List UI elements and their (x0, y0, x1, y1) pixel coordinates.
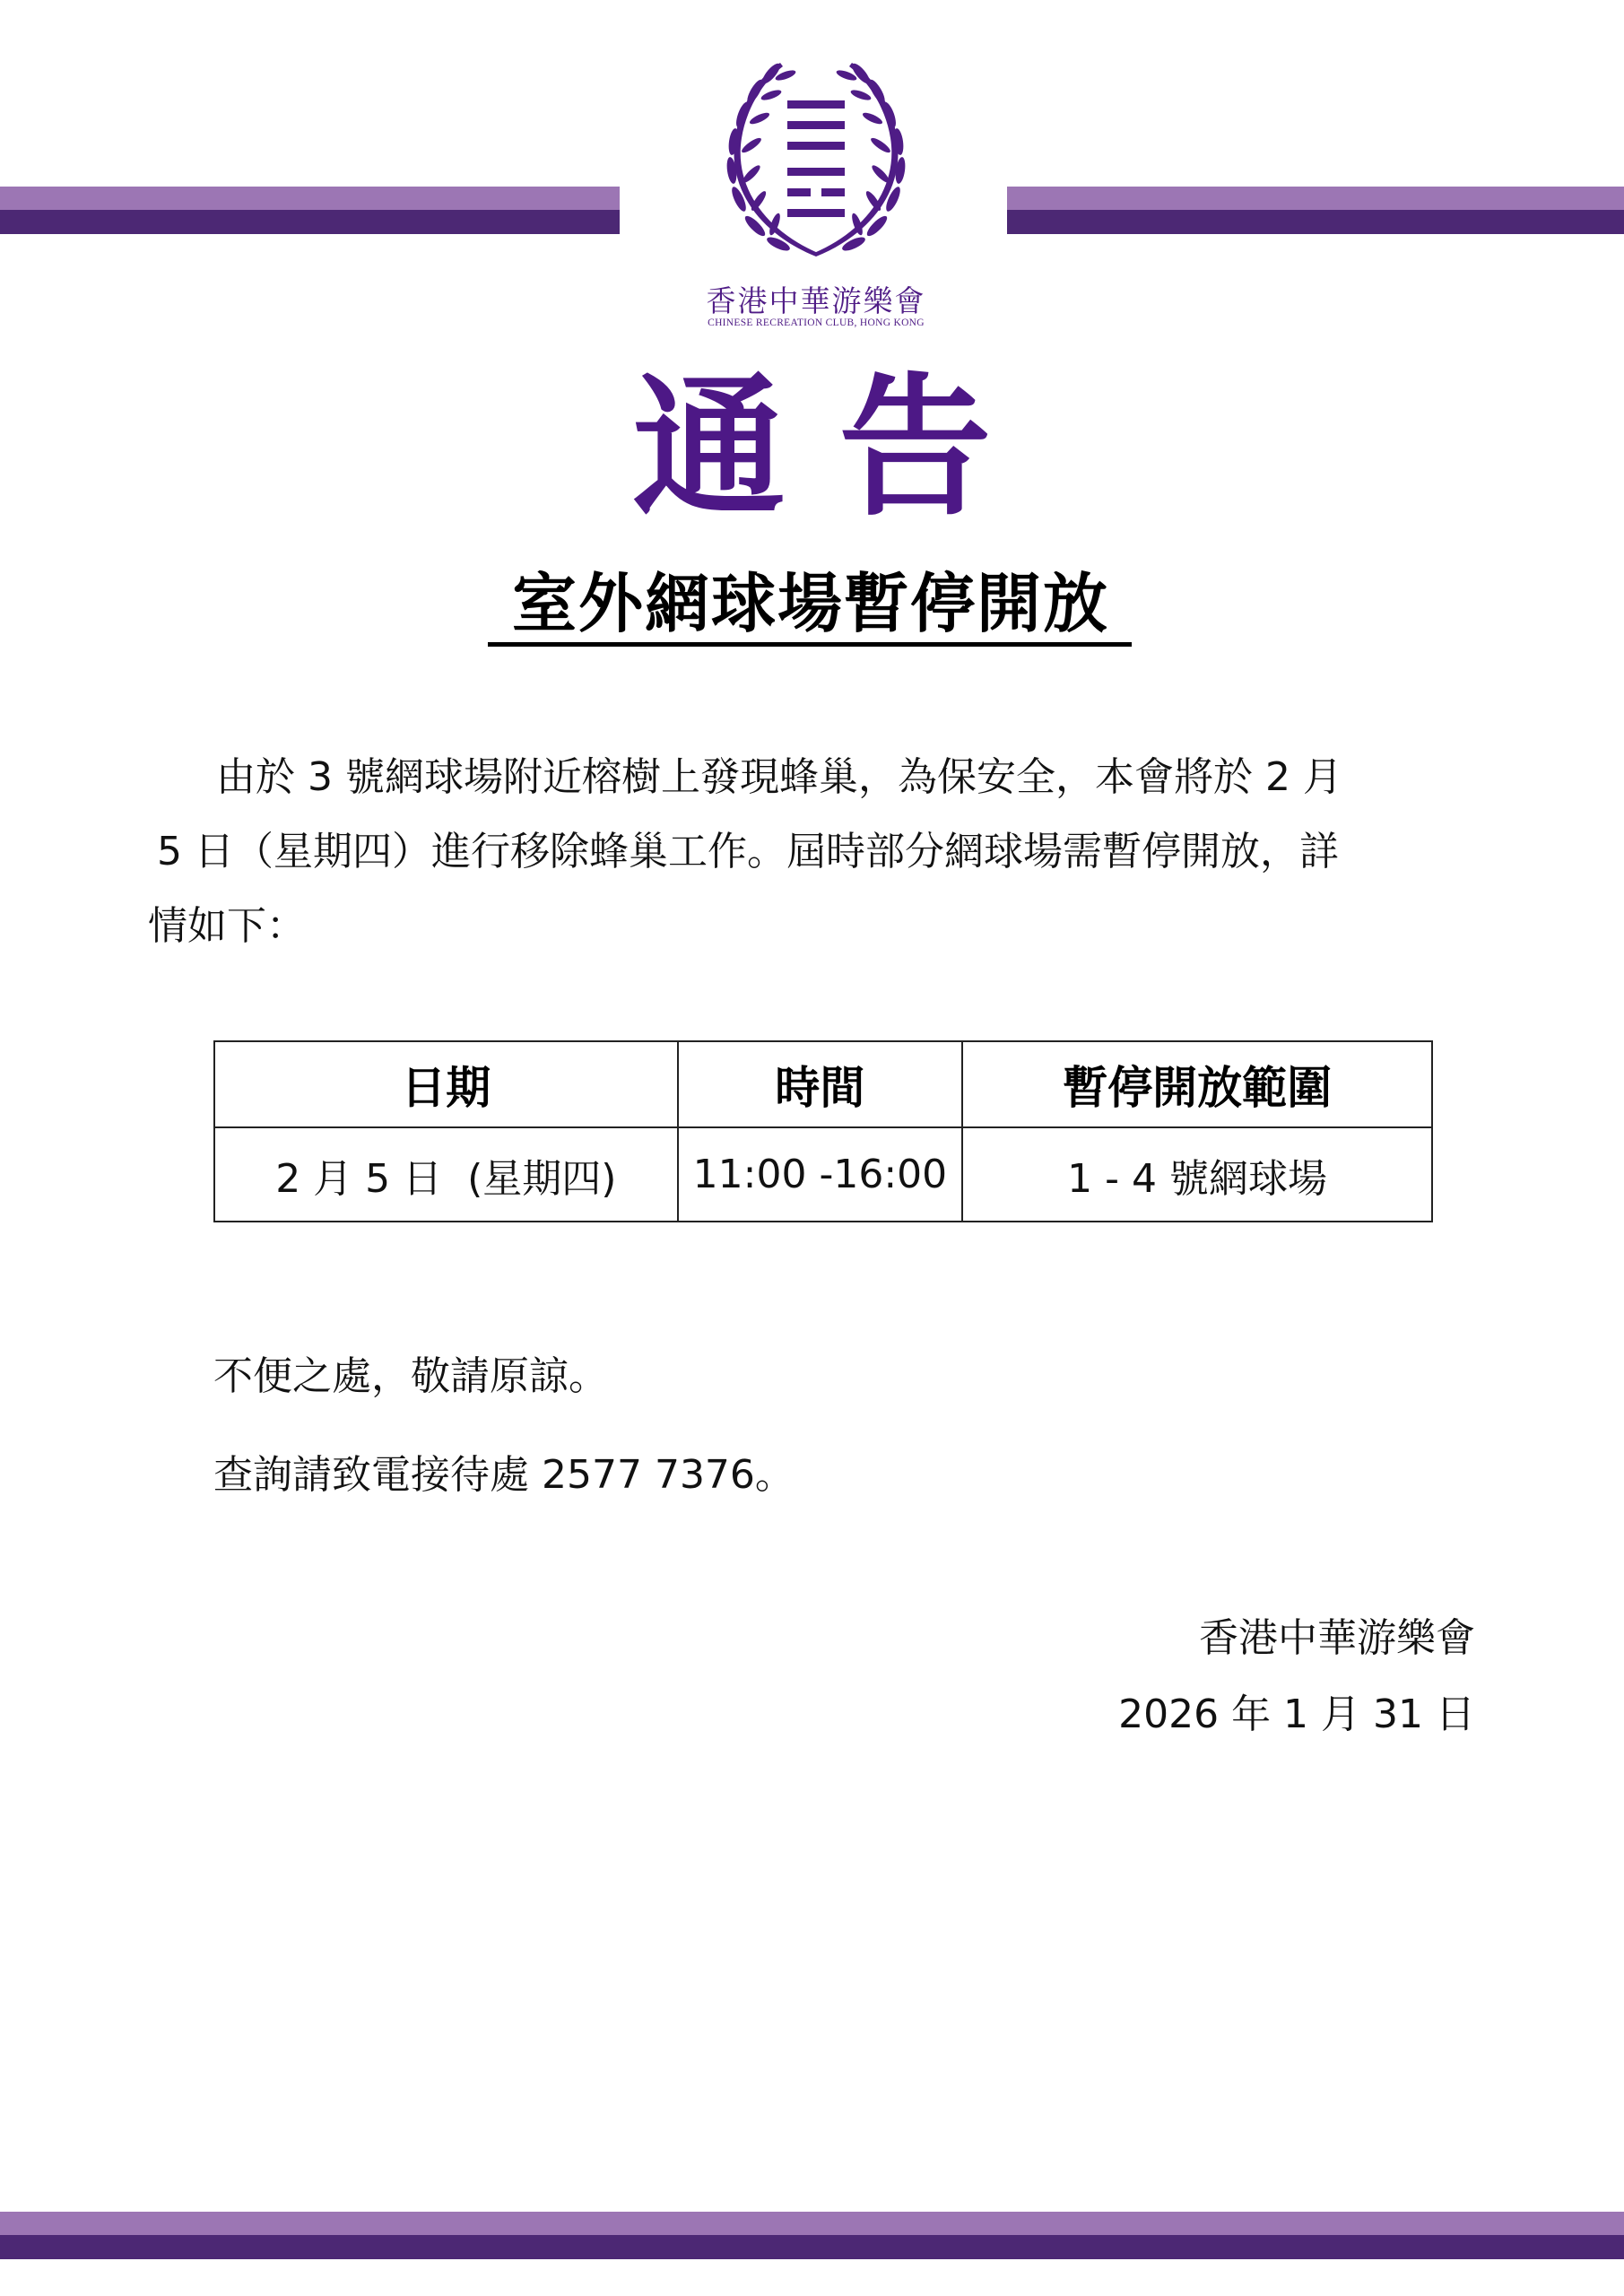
cell-time: 11:00 -16:00 (678, 1127, 963, 1222)
notice-subtitle: 室外網球場暫停開放 (491, 563, 1130, 644)
signature-organization: 香港中華游樂會 (1199, 1605, 1475, 1663)
club-logo: 香港中華游樂會 CHINESE RECREATION CLUB, HONG KO… (682, 56, 951, 334)
header-bar-left (0, 187, 620, 234)
header-bar-light-stripe (0, 187, 620, 210)
laurel-wreath-trigram-icon (708, 56, 924, 271)
footer-bar (0, 2212, 1624, 2259)
body-line: 5 日（星期四）進行移除蜂巢工作。屆時部分網球場需暫停開放，詳 (148, 814, 1466, 889)
header-bar-light-stripe (1007, 187, 1624, 210)
logo-name-english: CHINESE RECREATION CLUB, HONG KONG (682, 317, 951, 328)
notice-title: 通告 (0, 359, 1624, 538)
table-row: 2 月 5 日 (星期四) 11:00 -16:00 1 - 4 號網球場 (214, 1127, 1432, 1222)
notice-body: 由於 3 號網球場附近榕樹上發現蜂巢，為保安全，本會將於 2 月 5 日（星期四… (148, 740, 1466, 963)
cell-date: 2 月 5 日 (星期四) (214, 1127, 678, 1222)
closing-apology: 不便之處，敬請原諒。 (213, 1344, 608, 1401)
logo-name-chinese: 香港中華游樂會 (682, 278, 951, 320)
header-bar-dark-stripe (0, 210, 620, 234)
closure-schedule-table: 日期 時間 暫停開放範圍 2 月 5 日 (星期四) 11:00 -16:00 … (213, 1040, 1433, 1222)
signature-date: 2026 年 1 月 31 日 (1118, 1682, 1475, 1739)
header-bar-dark-stripe (1007, 210, 1624, 234)
cell-scope: 1 - 4 號網球場 (962, 1127, 1432, 1222)
header-bar-right (1007, 187, 1624, 234)
footer-bar-dark-stripe (0, 2235, 1624, 2259)
closing-enquiry: 查詢請致電接待處 2577 7376。 (213, 1442, 795, 1500)
body-line: 情如下： (148, 889, 1466, 963)
body-line: 由於 3 號網球場附近榕樹上發現蜂巢，為保安全，本會將於 2 月 (148, 740, 1466, 814)
footer-bar-light-stripe (0, 2212, 1624, 2235)
subtitle-underline (488, 642, 1132, 647)
table-header-row: 日期 時間 暫停開放範圍 (214, 1041, 1432, 1127)
column-header-scope: 暫停開放範圍 (962, 1041, 1432, 1127)
column-header-time: 時間 (678, 1041, 963, 1127)
column-header-date: 日期 (214, 1041, 678, 1127)
